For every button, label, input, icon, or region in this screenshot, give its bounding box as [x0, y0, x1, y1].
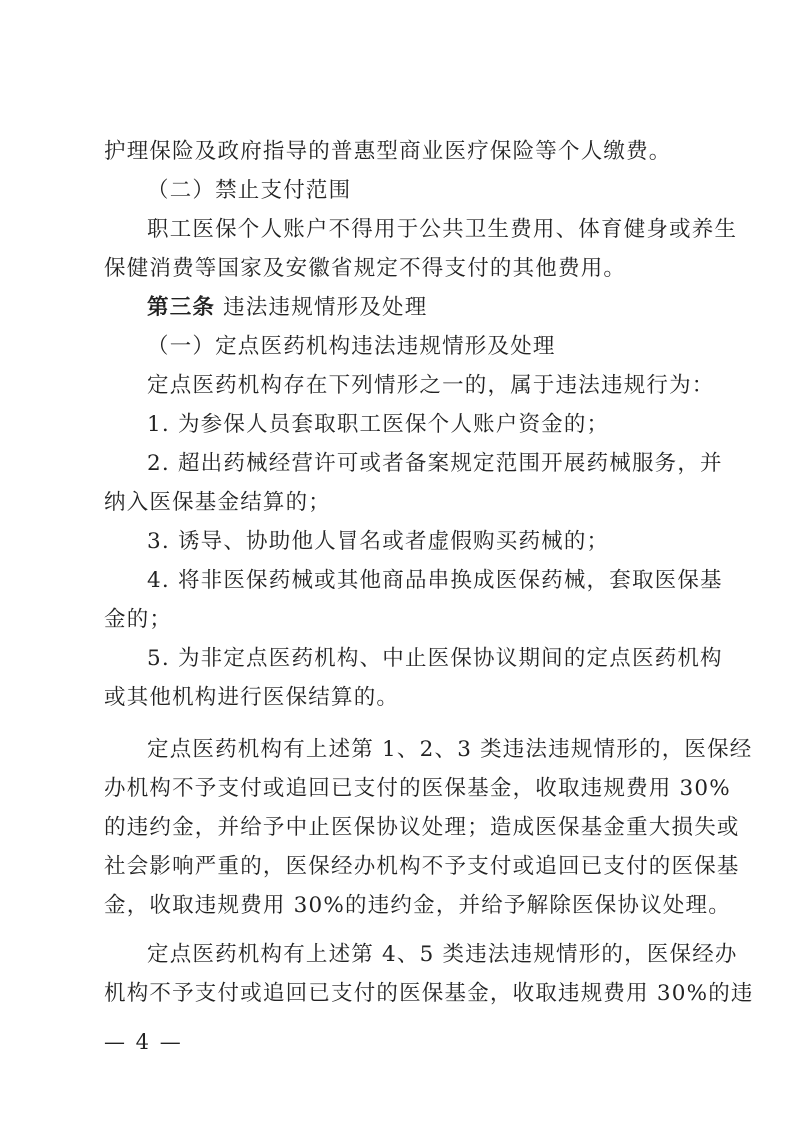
list-item-continuation: 金的； — [104, 606, 694, 634]
paragraph-line: 的违约金，并给予中止医保协议处理；造成医保基金重大损失或 — [104, 814, 694, 842]
paragraph-line: 金，收取违规费用 30%的违约金，并给予解除医保协议处理。 — [104, 892, 694, 920]
section-heading: （一）定点医药机构违法违规情形及处理 — [147, 333, 694, 361]
list-item: 4. 将非医保药械或其他商品串换成医保药械，套取医保基 — [147, 567, 694, 595]
list-item-continuation: 纳入医保基金结算的； — [104, 489, 694, 517]
paragraph-line: 办机构不予支付或追回已支付的医保基金，收取违规费用 30% — [104, 775, 694, 803]
document-page: 护理保险及政府指导的普惠型商业医疗保险等个人缴费。 （二）禁止支付范围 职工医保… — [0, 0, 793, 1122]
paragraph-line: 机构不予支付或追回已支付的医保基金，收取违规费用 30%的违 — [104, 980, 694, 1008]
list-item: 2. 超出药械经营许可或者备案规定范围开展药械服务，并 — [147, 450, 694, 478]
article-heading: 第三条 违法违规情形及处理 — [147, 294, 694, 322]
article-number: 第三条 — [147, 295, 215, 320]
section-heading: （二）禁止支付范围 — [147, 177, 694, 205]
paragraph-line: 定点医药机构有上述第 4、5 类违法违规情形的，医保经办 — [147, 941, 694, 969]
paragraph-line: 社会影响严重的，医保经办机构不予支付或追回已支付的医保基 — [104, 853, 694, 881]
paragraph-line: 定点医药机构存在下列情形之一的，属于违法违规行为： — [147, 372, 694, 400]
list-item: 5. 为非定点医药机构、中止医保协议期间的定点医药机构 — [147, 645, 694, 673]
list-item: 1. 为参保人员套取职工医保个人账户资金的； — [147, 411, 694, 439]
list-item-continuation: 或其他机构进行医保结算的。 — [104, 684, 694, 712]
page-number: — 4 — — [104, 1030, 183, 1054]
article-title: 违法违规情形及处理 — [215, 295, 427, 320]
list-item: 3. 诱导、协助他人冒名或者虚假购买药械的； — [147, 528, 694, 556]
paragraph-line: 定点医药机构有上述第 1、2、3 类违法违规情形的，医保经 — [147, 736, 694, 764]
paragraph-line: 护理保险及政府指导的普惠型商业医疗保险等个人缴费。 — [104, 138, 694, 166]
paragraph-line: 保健消费等国家及安徽省规定不得支付的其他费用。 — [104, 255, 694, 283]
paragraph-line: 职工医保个人账户不得用于公共卫生费用、体育健身或养生 — [147, 216, 694, 244]
